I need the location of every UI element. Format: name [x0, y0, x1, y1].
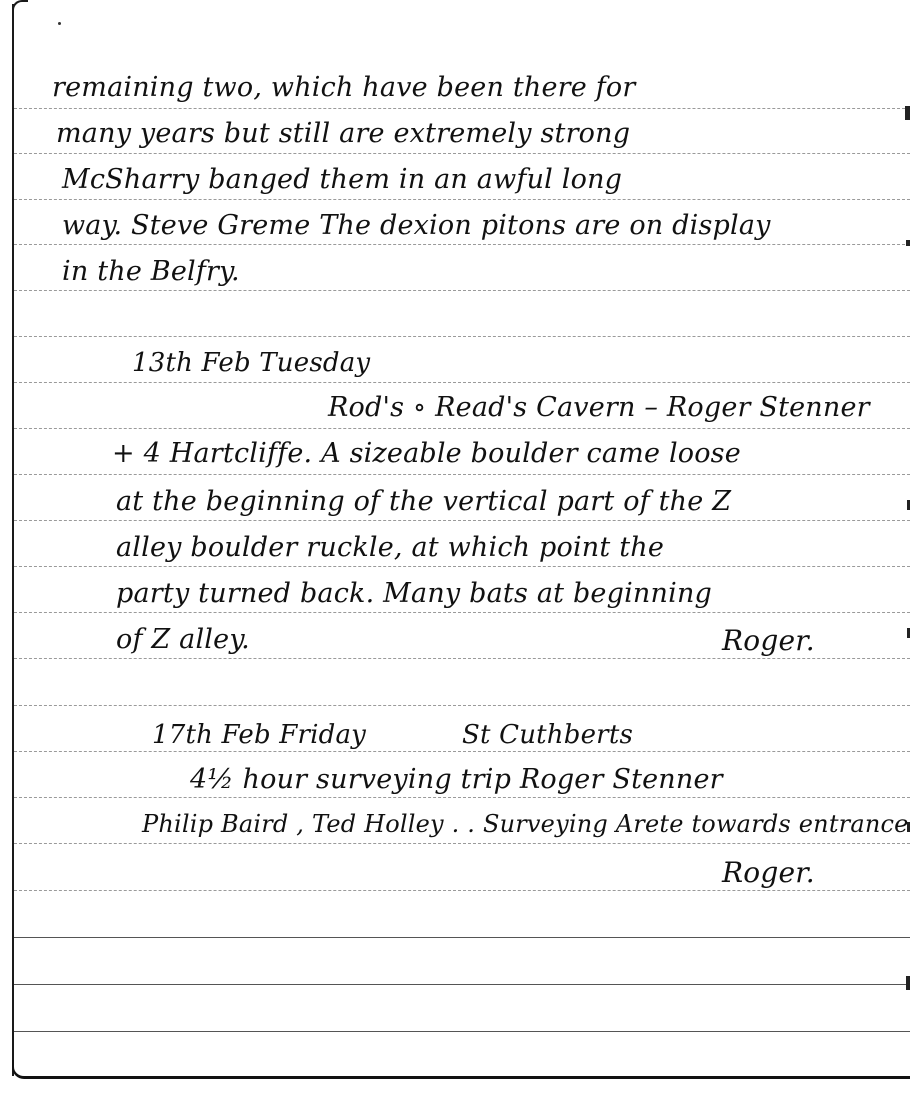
- text-line: alley boulder ruckle, at which point the: [116, 532, 664, 563]
- text-line: in the Belfry.: [62, 256, 240, 287]
- ruled-line: [14, 520, 910, 521]
- ruled-line: [14, 108, 910, 109]
- signature: Roger.: [722, 624, 815, 657]
- text-line: McSharry banged them in an awful long: [62, 164, 622, 195]
- entry-location: St Cuthberts: [462, 720, 633, 750]
- page-left-margin-line: [12, 4, 14, 1076]
- ruled-line: [14, 843, 910, 844]
- text-line: remaining two, which have been there for: [52, 72, 635, 103]
- edge-mark: [906, 240, 910, 246]
- ruled-line: [14, 612, 910, 613]
- ruled-line: [14, 658, 910, 659]
- notebook-page: remaining two, which have been there for…: [0, 0, 910, 1120]
- edge-mark: [905, 106, 910, 120]
- text-line: Philip Baird , Ted Holley . . Surveying …: [142, 810, 910, 838]
- ruled-line: [14, 890, 910, 891]
- text-line: at the beginning of the vertical part of…: [116, 486, 731, 517]
- text-line: many years but still are extremely stron…: [56, 118, 630, 149]
- ruled-line: [14, 382, 910, 383]
- ruled-line: [14, 566, 910, 567]
- page-corner-top-left: [12, 0, 28, 10]
- ruled-line: [14, 153, 910, 154]
- ruled-line: [14, 244, 910, 245]
- text-line: of Z alley.: [116, 624, 250, 655]
- text-line: party turned back. Many bats at beginnin…: [116, 578, 712, 609]
- text-line: way. Steve Greme The dexion pitons are o…: [62, 210, 771, 241]
- edge-mark: [906, 976, 910, 990]
- ruled-line: [14, 937, 910, 938]
- ruled-line: [14, 751, 910, 752]
- ruled-line: [14, 336, 910, 337]
- page-bottom-edge: [12, 1060, 910, 1079]
- entry-date: 17th Feb Friday: [152, 720, 366, 750]
- ink-speck: [58, 22, 61, 25]
- ruled-line: [14, 984, 910, 985]
- text-line: Rod's ∘ Read's Cavern – Roger Stenner: [328, 392, 870, 423]
- ruled-line: [14, 474, 910, 475]
- ruled-line: [14, 428, 910, 429]
- entry-date: 13th Feb Tuesday: [132, 348, 370, 378]
- ruled-line: [14, 705, 910, 706]
- text-line: 4½ hour surveying trip Roger Stenner: [190, 764, 723, 795]
- ruled-line: [14, 290, 910, 291]
- text-line: + 4 Hartcliffe. A sizeable boulder came …: [112, 438, 741, 469]
- ruled-line: [14, 199, 910, 200]
- ruled-line: [14, 1031, 910, 1032]
- ruled-line: [14, 797, 910, 798]
- signature: Roger.: [722, 856, 815, 889]
